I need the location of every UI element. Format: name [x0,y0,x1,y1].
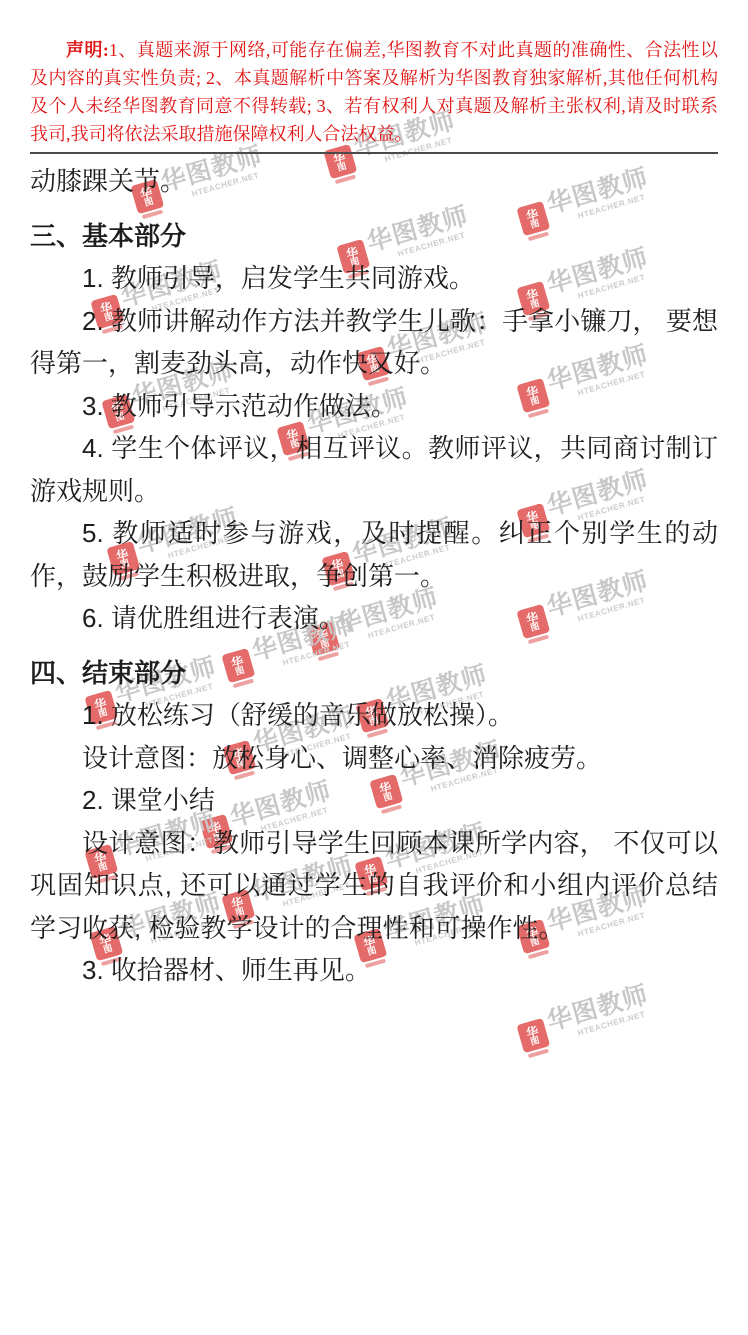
disclaimer: 声明:1、真题来源于网络,可能存在偏差,华图教育不对此真题的准确性、合法性以及内… [0,0,748,148]
paragraph: 设计意图：放松身心、调整心率、消除疲劳。 [30,737,718,780]
section-heading: 四、结束部分 [30,652,718,695]
paragraph: 4. 学生个体评议，相互评议。教师评议，共同商讨制订游戏规则。 [30,427,718,512]
page: { "disclaimer": { "label": "声明:", "text"… [0,0,748,1335]
paragraph: 3. 教师引导示范动作做法。 [30,385,718,428]
section-heading: 三、基本部分 [30,215,718,258]
paragraph: 5. 教师适时参与游戏，及时提醒。纠正个别学生的动作，鼓励学生积极进取，争创第一… [30,512,718,597]
huatu-logo-icon: 华 图 [516,1018,550,1053]
paragraph: 2. 教师讲解动作方法并教学生儿歌：手拿小镰刀， 要想得第一，割麦劲头高，动作快… [30,300,718,385]
paragraph: 设计意图：教师引导学生回顾本课所学内容， 不仅可以巩固知识点, 还可以通过学生的… [30,822,718,950]
disclaimer-label: 声明: [66,40,109,60]
paragraph: 6. 请优胜组进行表演。 [30,597,718,640]
huatu-logo-caption [528,1049,549,1059]
paragraph: 2. 课堂小结 [30,779,718,822]
disclaimer-text: 1、真题来源于网络,可能存在偏差,华图教育不对此真题的准确性、合法性以及内容的真… [30,40,718,144]
watermark-brand-url: HTEACHER.NET [577,1007,654,1037]
paragraph: 1. 放松练习（舒缓的音乐做放松操）。 [30,694,718,737]
huatu-watermark: 华 图 华图教师 HTEACHER.NET [526,1010,676,1080]
paragraph: 1. 教师引导，启发学生共同游戏。 [30,257,718,300]
document-body: 动膝踝关节。三、基本部分1. 教师引导，启发学生共同游戏。2. 教师讲解动作方法… [0,154,748,992]
paragraph: 动膝踝关节。 [30,160,718,203]
document: 声明:1、真题来源于网络,可能存在偏差,华图教育不对此真题的准确性、合法性以及内… [0,0,748,992]
paragraph: 3. 收拾器材、师生再见。 [30,949,718,992]
